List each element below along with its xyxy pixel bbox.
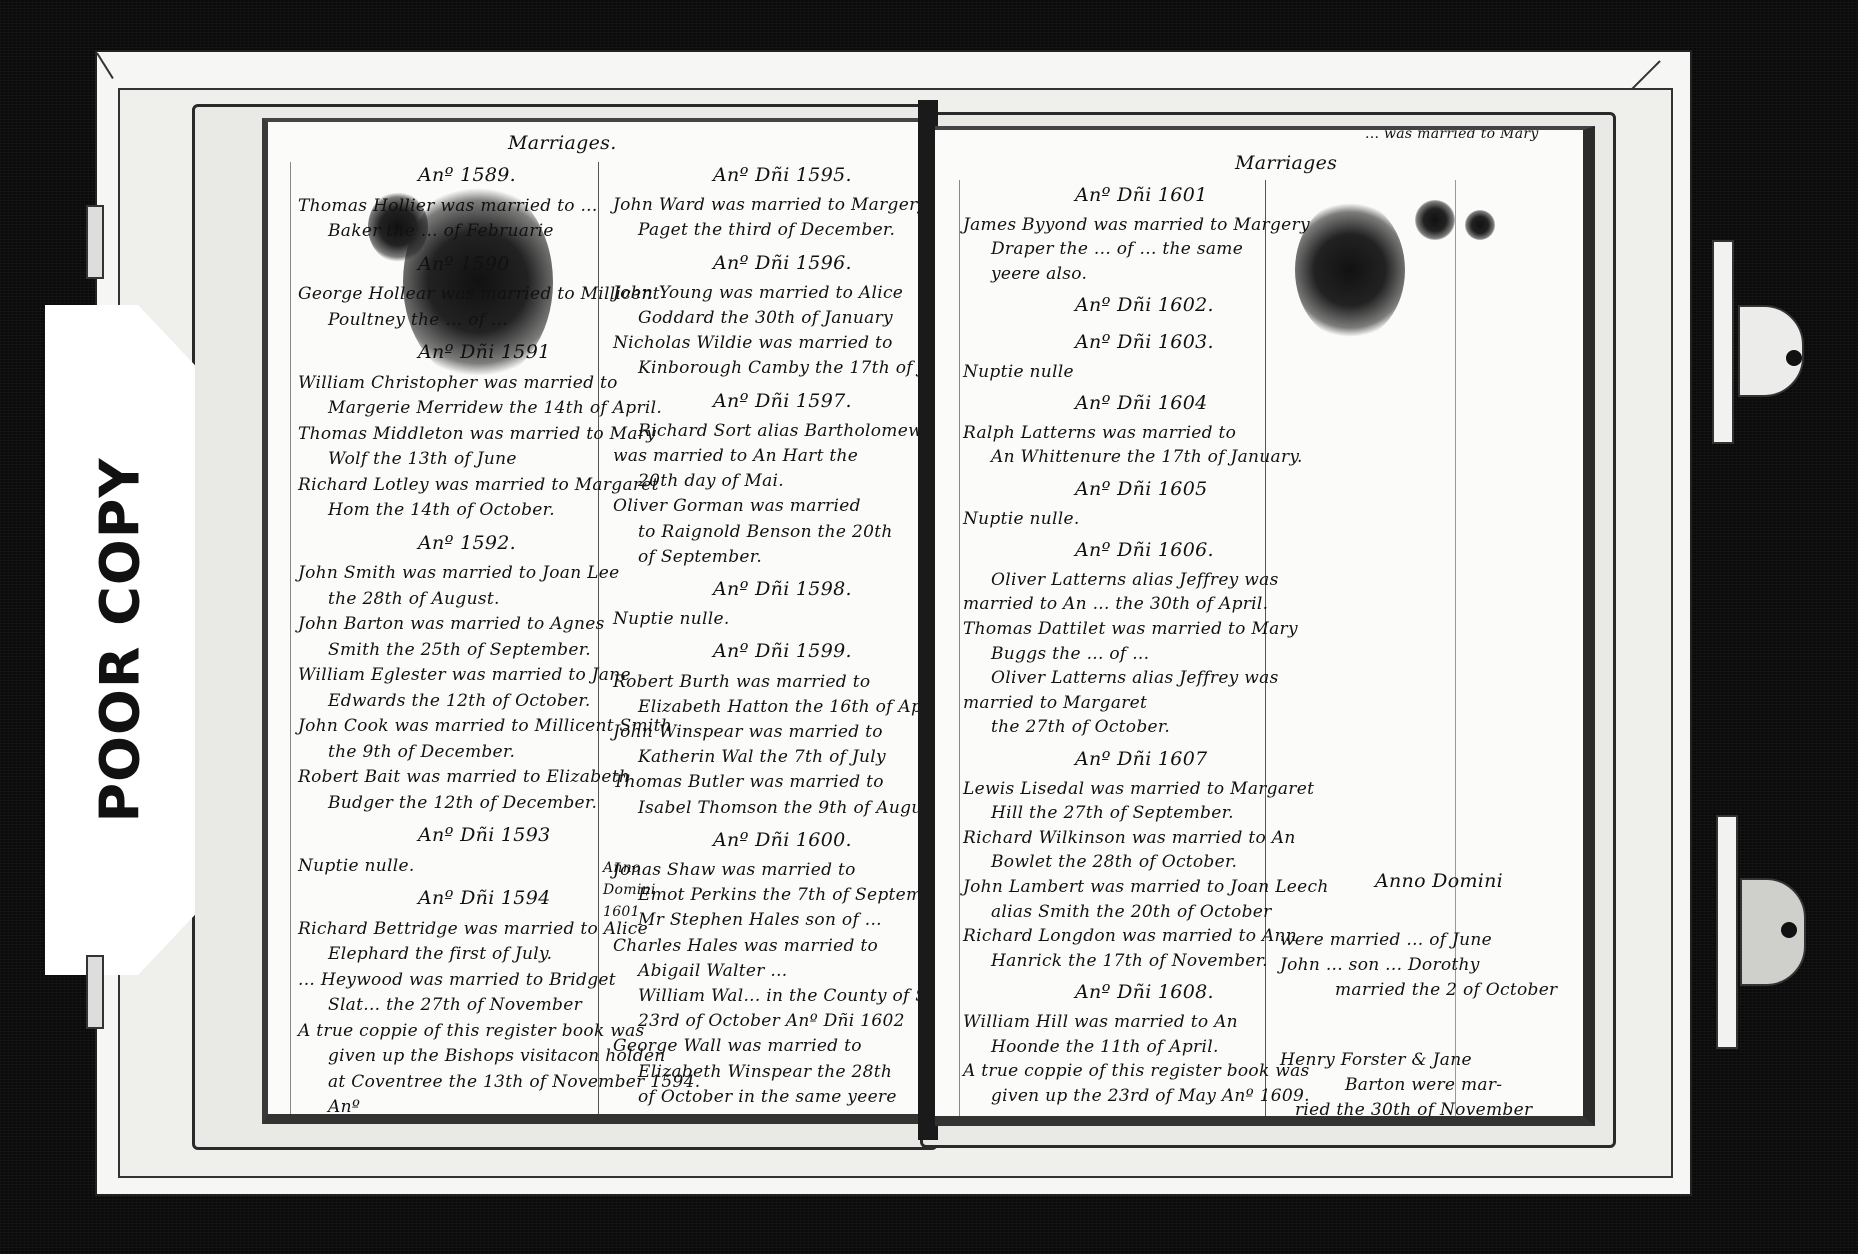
year-heading: Anº Dñi 1609.: [1075, 1116, 1214, 1126]
register-entry: Oliver Gorman was married: [613, 496, 861, 516]
register-entry: Anº: [328, 1097, 360, 1117]
register-entry: An Whittenure the 17th of January.: [991, 447, 1303, 467]
register-entry: John Young was married to Alice: [613, 283, 903, 303]
register-entry: Bowlet the 28th of October.: [991, 852, 1237, 872]
register-entry: Hom the 14th of October.: [328, 500, 555, 520]
register-entry: Charles Hales was married to: [613, 936, 878, 956]
register-entry: Hoonde the 11th of April.: [991, 1037, 1219, 1057]
year-heading: Anº Dñi 1604: [1075, 392, 1207, 414]
year-heading: Anº Dñi 1596.: [713, 252, 852, 274]
register-entry: Hanrick the 17th of November.: [991, 951, 1268, 971]
register-entry: Paget the third of December.: [638, 220, 895, 240]
register-entry: Richard Longdon was married to Ann: [963, 926, 1297, 946]
register-entry: Wolf the 13th of June: [328, 449, 517, 469]
register-entry: Jonas Shaw was married to: [613, 860, 856, 880]
register-entry: William Hill was married to An: [963, 1012, 1238, 1032]
register-entry: John Ward was married to Margery: [613, 195, 922, 215]
register-entry: ried the 30th of November: [1295, 1100, 1532, 1120]
register-entry: Nuptie nulle.: [298, 856, 415, 876]
register-entry: given up the 23rd of May Anº 1609.: [991, 1086, 1310, 1106]
register-entry: John Winspear was married to: [613, 722, 883, 742]
register-entry: Kinborough Camby the 17th of Januar.: [638, 358, 922, 378]
register-entry: Lewis Lisedal was married to Margaret: [963, 779, 1314, 799]
register-entry: 23rd of October Anº Dñi 1602: [638, 1011, 905, 1031]
register-entry: alias Smith the 20th of October: [991, 902, 1272, 922]
margin-rule: [959, 180, 960, 1126]
box-pin-top: [86, 205, 104, 279]
ink-stain-small: [1415, 200, 1455, 240]
poor-copy-text: POOR COPY: [89, 458, 152, 823]
top-note: ... was married to Mary: [1365, 126, 1539, 142]
register-entry: Oliver Latterns alias Jeffrey was: [991, 668, 1279, 688]
year-heading: Anº Dñi 1591: [418, 341, 550, 363]
year-heading: Anº Dñi 1605: [1075, 478, 1207, 500]
page-header: Marriages.: [508, 132, 617, 154]
year-heading: Anº Dñi 1606.: [1075, 539, 1214, 561]
register-entry: Henry Forster & Jane: [1280, 1050, 1472, 1070]
register-entry: Elizabeth Hatton the 16th of April: [638, 697, 922, 717]
year-heading: Anº Dñi 1601: [1075, 184, 1207, 206]
register-entry: Barton were mar-: [1345, 1075, 1502, 1095]
register-entry: of September.: [638, 547, 762, 567]
register-entry: Abigail Walter ...: [638, 961, 788, 981]
register-entry: Thomas Hollier was married to ...: [298, 196, 598, 216]
register-entry: Nicholas Wildie was married to: [613, 333, 893, 353]
register-entry: William Christopher was married to: [298, 373, 618, 393]
register-entry: of October in the same yeere: [638, 1087, 897, 1107]
column-rule: [1265, 180, 1266, 1126]
register-entry: George Wall was married to: [613, 1036, 862, 1056]
register-entry: the 9th of December.: [328, 742, 515, 762]
register-entry: to Raignold Benson the 20th: [638, 522, 893, 542]
register-entry: 20th day of Mai.: [638, 471, 784, 491]
register-entry: Poultney the ... of ...: [328, 310, 508, 330]
register-entry: were married ... of June: [1280, 930, 1492, 950]
register-entry: Robert Bait was married to Elizabeth: [298, 767, 630, 787]
clasp-plate-top: [1712, 240, 1734, 444]
year-heading: Anº 1592.: [418, 532, 516, 554]
register-entry: William Eglester was married to Jane: [298, 665, 631, 685]
register-entry: Isabel Thomson the 9th of August.: [638, 798, 922, 818]
register-entry: Emot Perkins the 7th of September: [638, 885, 922, 905]
register-entry: the 27th of October.: [991, 717, 1170, 737]
register-entry: Katherin Wal the 7th of July: [638, 747, 886, 767]
register-entry: Margerie Merridew the 14th of April.: [328, 398, 662, 418]
register-entry: John Lambert was married to Joan Leech: [963, 877, 1329, 897]
register-entry: the 28th of August.: [328, 589, 500, 609]
page-header: Marriages: [1235, 152, 1337, 174]
year-heading: Anº Dñi 1597.: [713, 390, 852, 412]
register-entry: Robert Burth was married to: [613, 672, 870, 692]
ink-blot: [1465, 210, 1495, 240]
year-heading: Anno Domini: [1375, 870, 1503, 892]
register-entry: A true coppie of this register book was: [963, 1061, 1310, 1081]
register-entry: James Byyond was married to Margery: [963, 215, 1310, 235]
register-entry: yeere also.: [991, 264, 1087, 284]
margin-rule: [290, 162, 291, 1122]
register-entry: Smith the 25th of September.: [328, 640, 591, 660]
register-entry: Richard Sort alias Bartholomew was: [638, 421, 922, 441]
margin-note: Anno Domini 1601: [603, 857, 633, 923]
register-entry: was married to An Hart the: [613, 446, 858, 466]
register-entry: Baker the ... of Februarie: [328, 221, 554, 241]
ink-stain: [1295, 200, 1405, 340]
clasp-hole: [1781, 922, 1797, 938]
register-entry: Mr Stephen Hales son of ...: [638, 910, 882, 930]
year-heading: Anº Dñi 1594: [418, 887, 550, 909]
year-heading: Anº 1590: [418, 253, 510, 275]
register-entry: A true coppie of this register book was: [298, 1021, 645, 1041]
year-heading: Anº Dñi 1608.: [1075, 981, 1214, 1003]
year-heading: Anº Dñi 1603.: [1075, 331, 1214, 353]
register-entry: Budger the 12th of December.: [328, 793, 597, 813]
register-entry: Thomas Middleton was married to Mary: [298, 424, 656, 444]
register-entry: Thomas Butler was married to: [613, 772, 884, 792]
clasp-hole: [1786, 350, 1802, 366]
register-entry: married to Margaret: [963, 693, 1147, 713]
register-entry: Thomas Dattilet was married to Mary: [963, 619, 1298, 639]
register-entry: George Hollear was married to Millicent: [298, 284, 660, 304]
register-entry: Edwards the 12th of October.: [328, 691, 591, 711]
left-page: Marriages. Anº 1589.Thomas Hollier was m…: [262, 118, 922, 1124]
register-entry: Ralph Latterns was married to: [963, 423, 1236, 443]
register-entry: Nuptie nulle.: [963, 509, 1080, 529]
register-entry: Elizabeth Winspear the 28th: [638, 1062, 892, 1082]
register-entry: Hill the 27th of September.: [991, 803, 1234, 823]
clasp-plate-bottom: [1716, 815, 1738, 1049]
register-entry: Nuptie nulle: [963, 362, 1074, 382]
year-heading: Anº Dñi 1602.: [1075, 294, 1214, 316]
year-heading: Anº Dñi 1595.: [713, 164, 852, 186]
register-entry: Richard Lotley was married to Margaret: [298, 475, 659, 495]
register-entry: Richard Bettridge was married to Alice: [298, 919, 648, 939]
register-entry: married the 2 of October: [1335, 980, 1557, 1000]
register-entry: ... Heywood was married to Bridget: [298, 970, 616, 990]
year-heading: Anº 1589.: [418, 164, 516, 186]
year-heading: Anº Dñi 1607: [1075, 748, 1207, 770]
register-entry: Elephard the first of July.: [328, 944, 552, 964]
year-heading: Anº Dñi 1600.: [713, 829, 852, 851]
register-entry: Henry Wetshale was married to Bridget: [613, 1112, 922, 1124]
register-entry: Richard Wilkinson was married to An: [963, 828, 1296, 848]
year-heading: Anº Dñi 1599.: [713, 640, 852, 662]
register-entry: Buggs the ... of ...: [991, 644, 1149, 664]
register-entry: Slat... the 27th of November: [328, 995, 582, 1015]
right-page: ... was married to Mary Marriages Anº Dñ…: [935, 126, 1595, 1126]
box-pin-bottom: [86, 955, 104, 1029]
register-entry: John ... son ... Dorothy: [1280, 955, 1480, 975]
register-entry: John Barton was married to Agnes: [298, 614, 605, 634]
year-heading: Anº Dñi 1598.: [713, 578, 852, 600]
register-entry: John Smith was married to Joan Lee: [298, 563, 619, 583]
register-entry: William Wal... in the County of Surrey .…: [638, 986, 922, 1006]
year-heading: Anº Dñi 1593: [418, 824, 550, 846]
register-entry: Nuptie nulle.: [613, 609, 730, 629]
register-entry: Oliver Latterns alias Jeffrey was: [991, 570, 1279, 590]
register-entry: Goddard the 30th of January: [638, 308, 893, 328]
register-entry: married to An ... the 30th of April.: [963, 594, 1268, 614]
register-entry: Draper the ... of ... the same: [991, 239, 1243, 259]
